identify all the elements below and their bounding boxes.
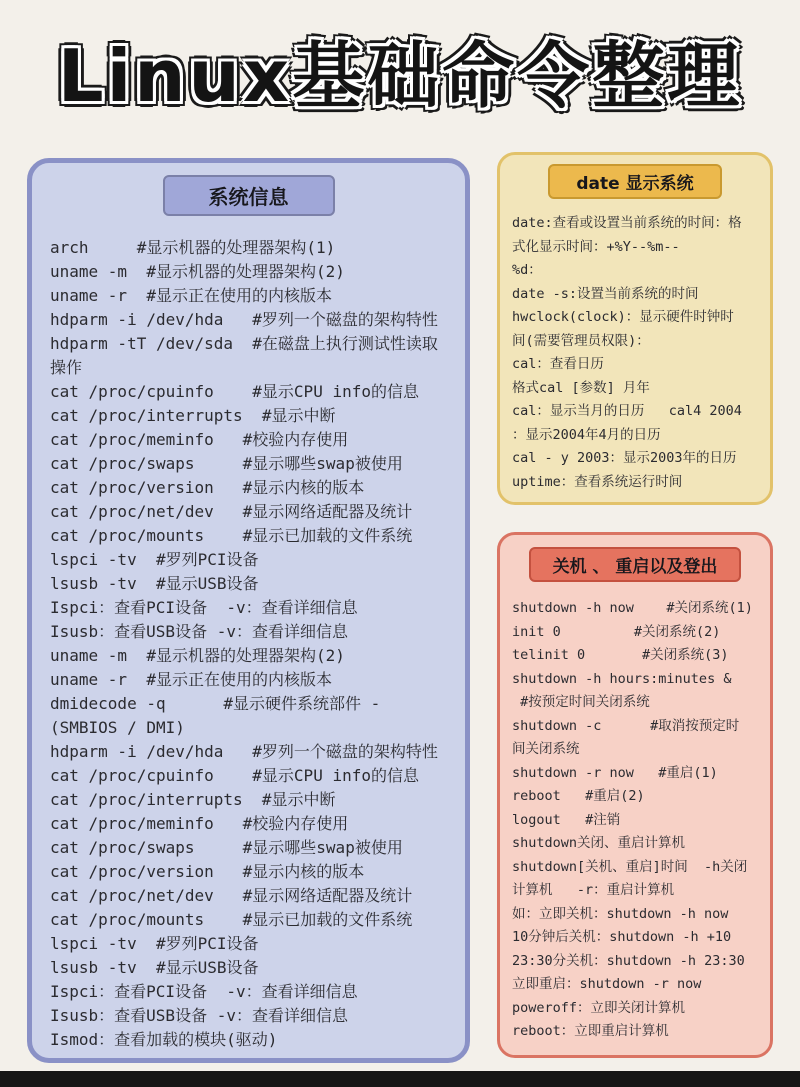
page-title: Linux基础命令整理 xyxy=(0,18,800,122)
footer-bar xyxy=(0,1071,800,1087)
command-line: telinit 0 #关闭系统(3) xyxy=(512,644,764,668)
command-line: cat /proc/version #显示内核的版本 xyxy=(50,860,455,884)
command-line: cat /proc/swaps #显示哪些swap被使用 xyxy=(50,836,455,860)
command-line: date -s:设置当前系统的时间 xyxy=(512,283,762,307)
command-line: cal：显示当月的日历 cal4 2004 ：显示2004年4月的日历 xyxy=(512,400,762,447)
command-line: cat /proc/meminfo #校验内存使用 xyxy=(50,428,455,452)
command-line: arch #显示机器的处理器架构(1) xyxy=(50,236,455,260)
command-line: cat /proc/cpuinfo #显示CPU info的信息 xyxy=(50,764,455,788)
command-line: init 0 #关闭系统(2) xyxy=(512,621,764,645)
command-line: poweroff：立即关闭计算机 xyxy=(512,997,764,1021)
command-line: logout #注销 xyxy=(512,809,764,833)
command-line: 如：立即关机：shutdown -h now xyxy=(512,903,764,927)
command-line: lsusb -tv #显示USB设备 xyxy=(50,956,455,980)
system-info-command-list: arch #显示机器的处理器架构(1)uname -m #显示机器的处理器架构(… xyxy=(32,236,465,1052)
command-line: 10分钟后关机：shutdown -h +10 xyxy=(512,926,764,950)
command-line: cal：查看日历 xyxy=(512,353,762,377)
command-line: Ismod：查看加载的模块(驱动) xyxy=(50,1028,455,1052)
command-line: cat /proc/mounts #显示已加载的文件系统 xyxy=(50,908,455,932)
command-line: cal - y 2003：显示2003年的日历 xyxy=(512,447,762,471)
shutdown-header-badge: 关机 、 重启以及登出 xyxy=(529,547,742,582)
date-header-badge: date 显示系统 xyxy=(548,164,721,199)
command-line: uname -m #显示机器的处理器架构(2) xyxy=(50,644,455,668)
command-line: cat /proc/net/dev #显示网络适配器及统计 xyxy=(50,500,455,524)
shutdown-panel: 关机 、 重启以及登出 shutdown -h now #关闭系统(1)init… xyxy=(497,532,773,1058)
command-line: cat /proc/mounts #显示已加载的文件系统 xyxy=(50,524,455,548)
command-line: lsusb -tv #显示USB设备 xyxy=(50,572,455,596)
command-line: reboot #重启(2) xyxy=(512,785,764,809)
command-line: hwclock(clock)：显示硬件时钟时 间(需要管理员权限)： xyxy=(512,306,762,353)
command-line: cat /proc/net/dev #显示网络适配器及统计 xyxy=(50,884,455,908)
command-line: hdparm -i /dev/hda #罗列一个磁盘的架构特性 xyxy=(50,308,455,332)
command-line: Ispci：查看PCI设备 -v：查看详细信息 xyxy=(50,980,455,1004)
command-line: cat /proc/interrupts #显示中断 xyxy=(50,404,455,428)
command-line: Ispci：查看PCI设备 -v：查看详细信息 xyxy=(50,596,455,620)
command-line: hdparm -tT /dev/sda #在磁盘上执行测试性读取 操作 xyxy=(50,332,455,380)
command-line: 立即重启：shutdown -r now xyxy=(512,973,764,997)
command-line: cat /proc/swaps #显示哪些swap被使用 xyxy=(50,452,455,476)
command-line: cat /proc/cpuinfo #显示CPU info的信息 xyxy=(50,380,455,404)
command-line: uptime：查看系统运行时间 xyxy=(512,471,762,495)
command-line: shutdown -r now #重启(1) xyxy=(512,762,764,786)
command-line: Isusb：查看USB设备 -v：查看详细信息 xyxy=(50,1004,455,1028)
command-line: cat /proc/meminfo #校验内存使用 xyxy=(50,812,455,836)
command-line: uname -r #显示正在使用的内核版本 xyxy=(50,284,455,308)
command-line: 23:30分关机：shutdown -h 23:30 xyxy=(512,950,764,974)
date-command-list: date:查看或设置当前系统的时间：格 式化显示时间：+%Y--%m-- %d：… xyxy=(500,212,770,494)
command-line: hdparm -i /dev/hda #罗列一个磁盘的架构特性 xyxy=(50,740,455,764)
command-line: lspci -tv #罗列PCI设备 xyxy=(50,548,455,572)
page: Linux基础命令整理 系统信息 arch #显示机器的处理器架构(1)unam… xyxy=(0,0,800,1087)
command-line: 格式cal [参数] 月年 xyxy=(512,377,762,401)
command-line: date:查看或设置当前系统的时间：格 式化显示时间：+%Y--%m-- %d： xyxy=(512,212,762,283)
command-line: shutdown[关机、重启]时间 -h关闭 计算机 -r：重启计算机 xyxy=(512,856,764,903)
command-line: cat /proc/interrupts #显示中断 xyxy=(50,788,455,812)
command-line: cat /proc/version #显示内核的版本 xyxy=(50,476,455,500)
command-line: uname -r #显示正在使用的内核版本 xyxy=(50,668,455,692)
command-line: lspci -tv #罗列PCI设备 xyxy=(50,932,455,956)
command-line: Isusb：查看USB设备 -v：查看详细信息 xyxy=(50,620,455,644)
system-info-panel: 系统信息 arch #显示机器的处理器架构(1)uname -m #显示机器的处… xyxy=(27,158,470,1063)
command-line: shutdown -h hours:minutes & #按预定时间关闭系统 xyxy=(512,668,764,715)
command-line: shutdown -c #取消按预定时 间关闭系统 xyxy=(512,715,764,762)
shutdown-command-list: shutdown -h now #关闭系统(1)init 0 #关闭系统(2)t… xyxy=(500,597,770,1044)
command-line: reboot：立即重启计算机 xyxy=(512,1020,764,1044)
system-info-header-badge: 系统信息 xyxy=(163,175,335,216)
command-line: shutdown -h now #关闭系统(1) xyxy=(512,597,764,621)
command-line: uname -m #显示机器的处理器架构(2) xyxy=(50,260,455,284)
date-panel: date 显示系统 date:查看或设置当前系统的时间：格 式化显示时间：+%Y… xyxy=(497,152,773,505)
command-line: shutdown关闭、重启计算机 xyxy=(512,832,764,856)
command-line: dmidecode -q #显示硬件系统部件 - (SMBIOS / DMI) xyxy=(50,692,455,740)
